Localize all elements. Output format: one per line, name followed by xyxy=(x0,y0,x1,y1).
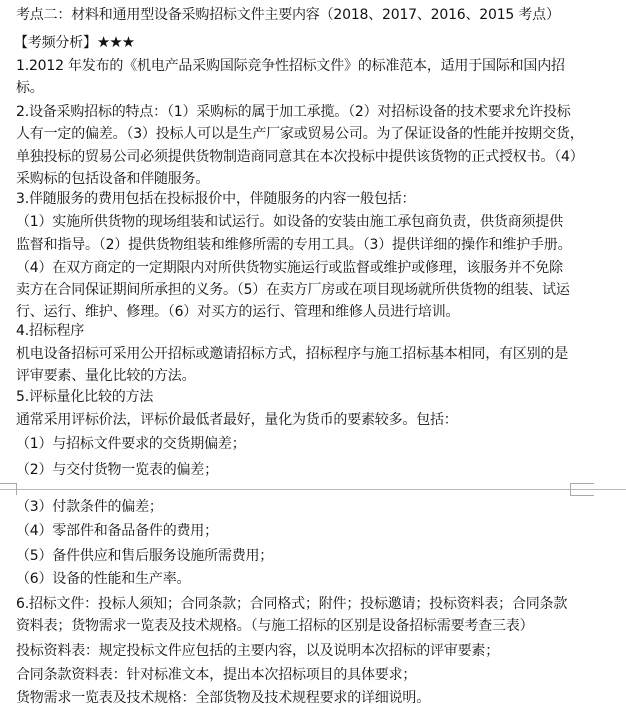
paragraph-line: 卖方在合同保证期间所承担的义务。（5）在卖方厂房或在项目现场就所供货物的组装、试… xyxy=(16,281,570,299)
page-corner-mark xyxy=(570,483,594,490)
paragraph-line: 通常采用评标价法，评标价最低者最好，量化为货币的要素较多。包括： xyxy=(16,411,458,429)
page-corner-mark xyxy=(0,483,17,490)
paragraph-line: 评审要素、量化比较的方法。 xyxy=(16,367,195,385)
list-item: （3）付款条件的偏差； xyxy=(16,498,163,516)
star-rating-icon: ★★★ xyxy=(97,33,134,51)
paragraph-line: 采购标的包括设备和伴随服务。 xyxy=(16,170,209,188)
paragraph-line: 行、运行、维护、修理。（6）对买方的运行、管理和维修人员进行培训。 xyxy=(16,303,459,321)
paragraph-line: 机电设备招标可采用公开招标或邀请招标方式，招标程序与施工招标基本相同，有区别的是 xyxy=(16,345,568,363)
list-item: （1）与招标文件要求的交货期偏差； xyxy=(16,435,246,453)
paragraph-line: 监督和指导。（2）提供货物组装和维修所需的专用工具。（3）提供详细的操作和维护手… xyxy=(16,236,571,254)
paragraph-line: 合同条款资料表：针对标准文本，提出本次招标项目的具体要求； xyxy=(16,666,416,684)
frequency-analysis: 【考频分析】★★★ xyxy=(14,33,134,51)
list-item: （2）与交付货物一览表的偏差； xyxy=(16,461,218,479)
paragraph-line: （4）在双方商定的一定期限内对所供货物实施运行或监督或维护或修理，该服务并不免除 xyxy=(16,259,563,277)
list-item: （5）备件供应和售后服务设施所需费用； xyxy=(16,547,273,565)
paragraph-line: 单独投标的贸易公司必须提供货物制造商同意其在本次投标中提供该货物的正式授权书。（… xyxy=(16,148,584,166)
page-break-line xyxy=(0,489,626,490)
list-item: （6）设备的性能和生产率。 xyxy=(16,570,190,588)
paragraph-line: 2.设备采购招标的特点：（1）采购标的属于加工承揽。（2）对招标设备的技术要求允… xyxy=(16,103,571,121)
paragraph-line: 货物需求一览表及技术规格：全部货物及技术规程要求的详细说明。 xyxy=(16,689,430,707)
page-corner-mark xyxy=(0,490,17,495)
paragraph-line: 资料表；货物需求一览表及技术规格。（与施工招标的区别是设备招标需要考查三表） xyxy=(16,617,533,635)
section-heading: 5.评标量化比较的方法 xyxy=(16,388,153,406)
paragraph-line: 6.招标文件：投标人须知；合同条款；合同格式；附件；投标邀请；投标资料表；合同条… xyxy=(16,595,567,613)
paragraph-line: 标。 xyxy=(16,79,44,97)
paragraph-line: 3.伴随服务的费用包括在投标报价中，伴随服务的内容一般包括： xyxy=(16,190,415,208)
page-corner-mark xyxy=(570,490,594,496)
list-item: （4）零部件和备品备件的费用； xyxy=(16,522,218,540)
section-heading: 4.招标程序 xyxy=(16,322,84,340)
frequency-label: 【考频分析】 xyxy=(14,35,97,51)
section-title: 考点二：材料和通用型设备采购招标文件主要内容（2018、2017、2016、20… xyxy=(16,6,560,24)
paragraph-line: 1.2012 年发布的《机电产品采购国际竞争性招标文件》的标准范本，适用于国际和… xyxy=(16,57,565,75)
paragraph-line: （1）实施所供货物的现场组装和试运行。如设备的安装由施工承包商负责，供货商须提供 xyxy=(16,213,563,231)
paragraph-line: 投标资料表：规定投标文件应包括的主要内容，以及说明本次招标的评审要素； xyxy=(16,642,499,660)
paragraph-line: 人有一定的偏差。（3）投标人可以是生产厂家或贸易公司。为了保证设备的性能并按期交… xyxy=(16,125,584,143)
